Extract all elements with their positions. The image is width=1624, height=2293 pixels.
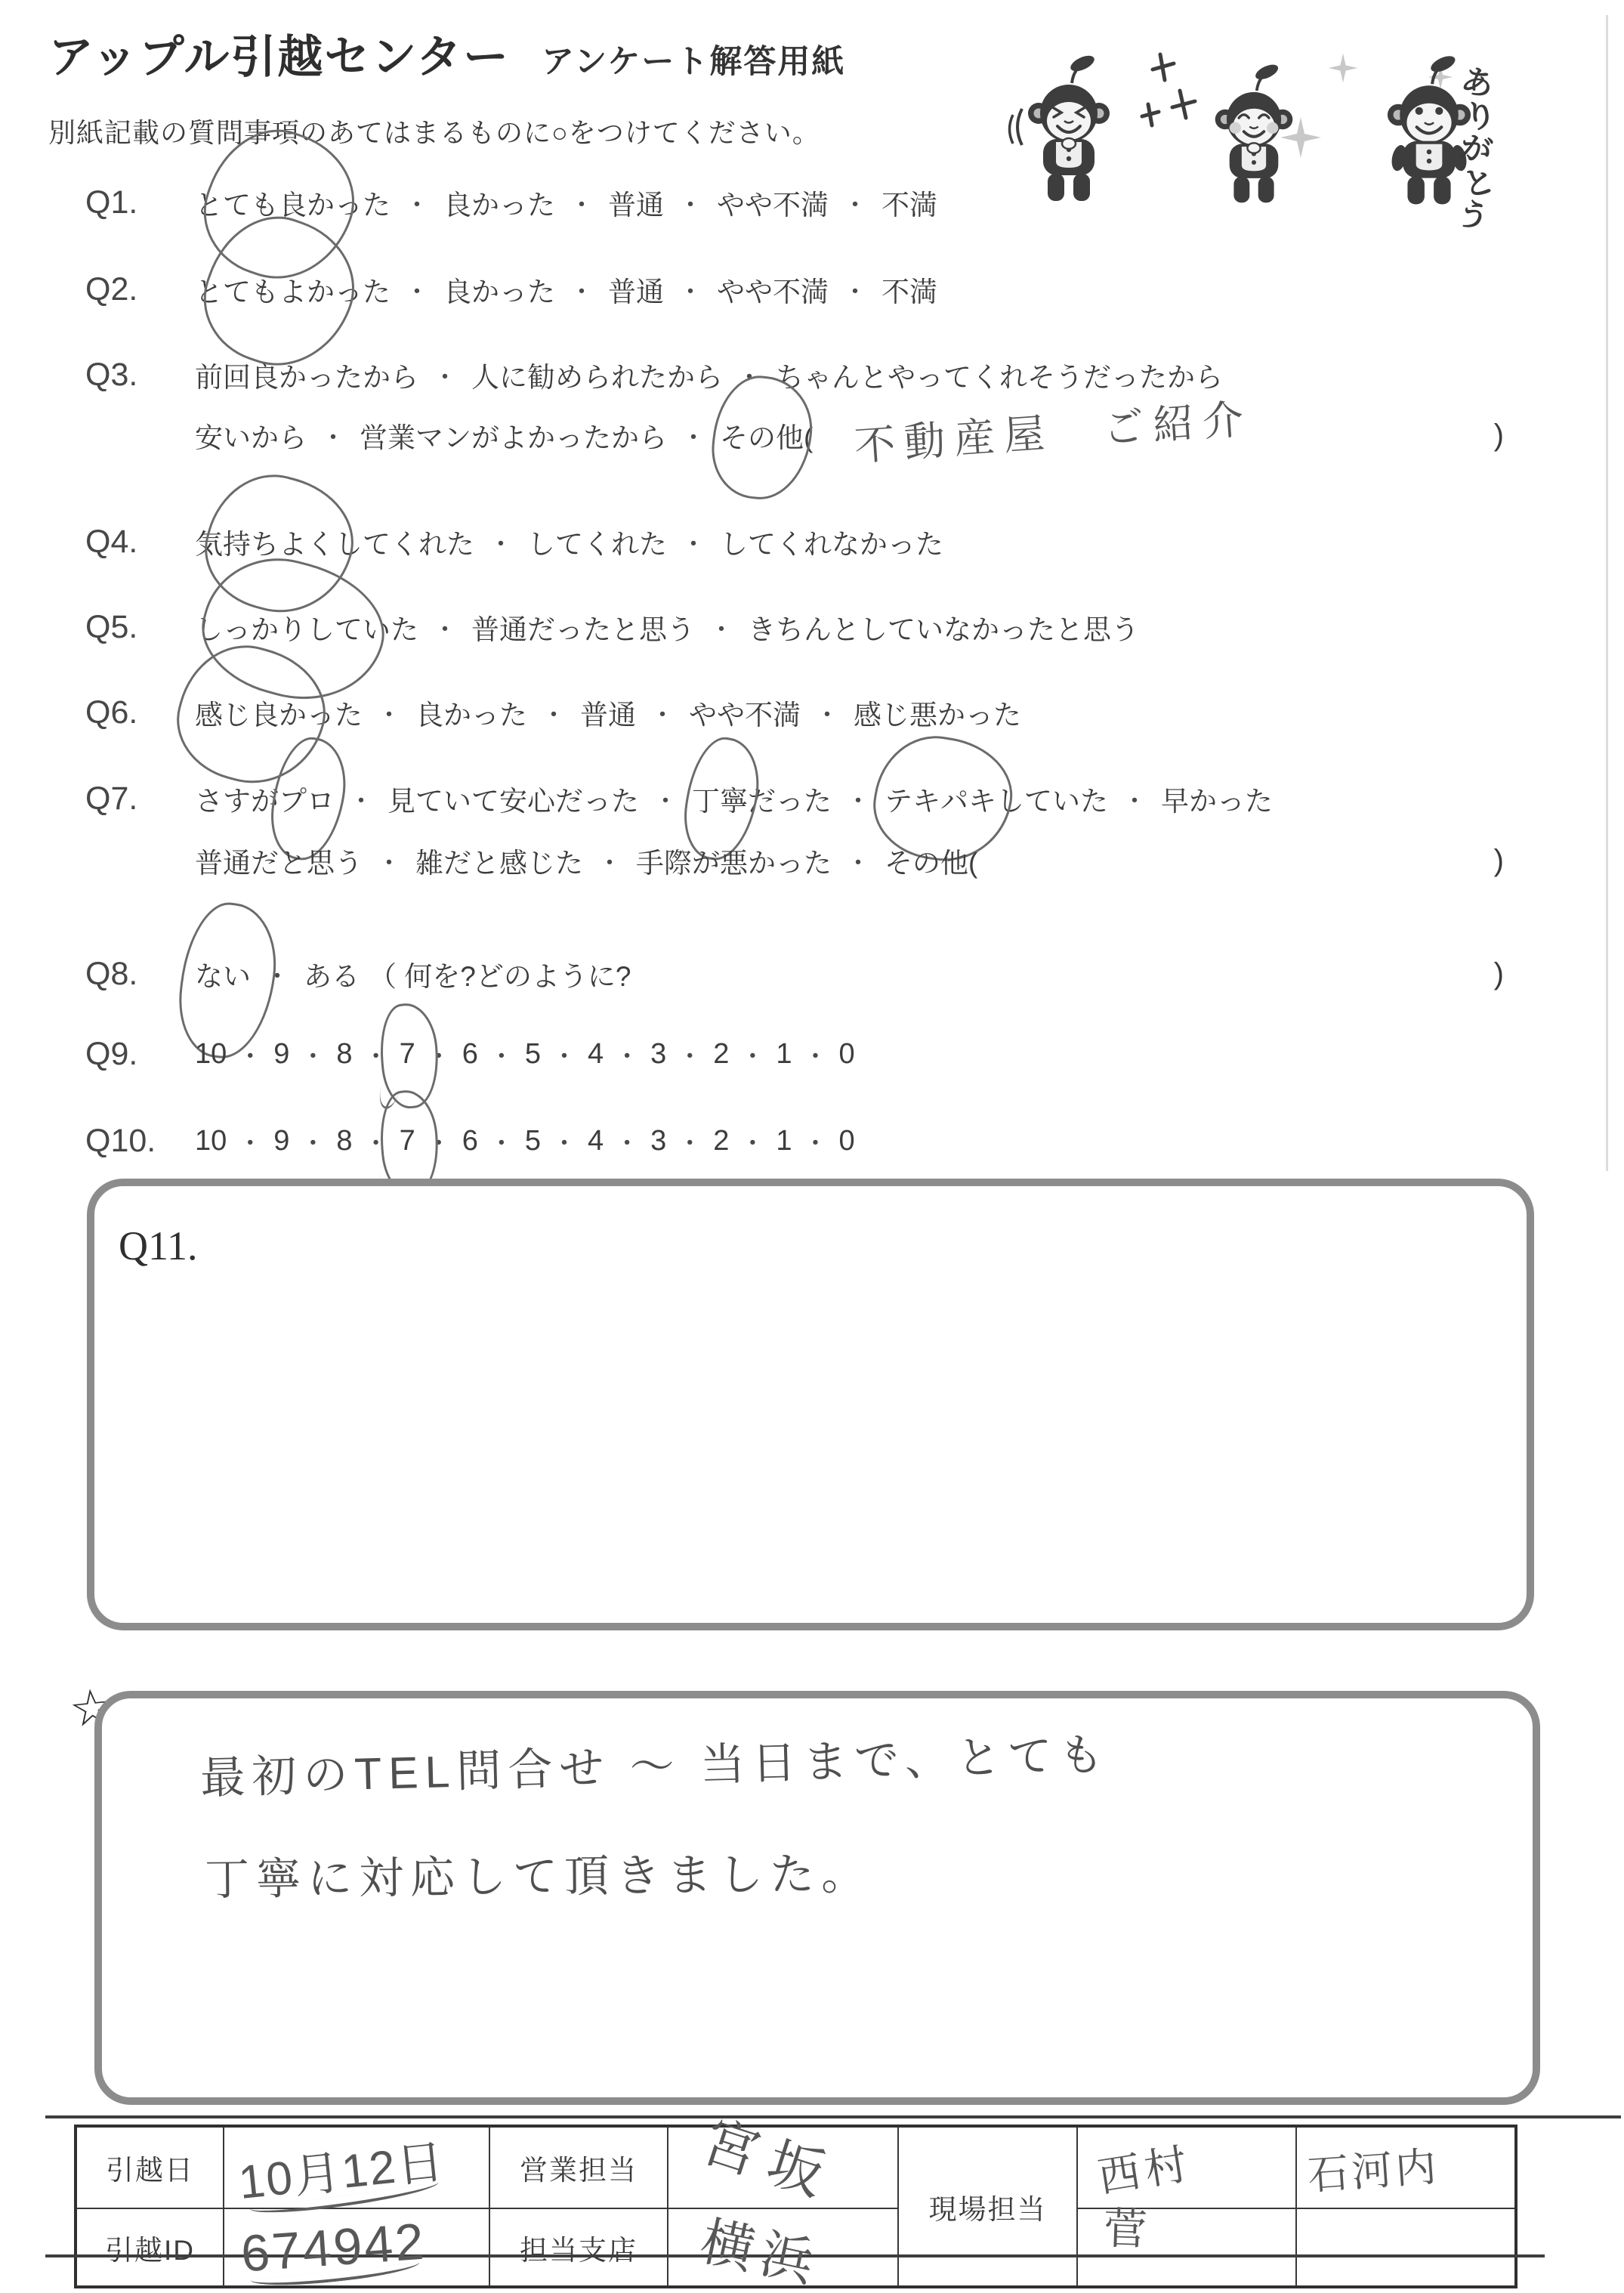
sales-rep-label: 営業担当 [489, 2126, 668, 2208]
question-label: Q4. [85, 524, 195, 561]
handwritten-circle-mark: 感じ良か [195, 692, 307, 733]
answer-option: テキパキしていた [885, 778, 1108, 819]
handwritten-circle-mark: テキパキ [885, 778, 996, 819]
option-separator: ・ [426, 1123, 452, 1160]
answer-option: 0 [839, 1125, 855, 1157]
handwritten-circle-mark: 持ちよく [223, 521, 335, 562]
answer-option: 3 [650, 1125, 666, 1157]
close-paren: ) [1494, 957, 1504, 991]
question-row-q8: Q8.ない・ある（ 何を?どのように?) [85, 951, 1521, 997]
answer-option: やや不満 [717, 269, 829, 310]
option-separator: ・ [237, 1036, 263, 1073]
answer-option: 5 [525, 1038, 541, 1071]
question-label: Q10. [85, 1123, 195, 1160]
question-row-q3-line2: 安いから・営業マンがよかったから・その他(不動産屋 ご紹介) [85, 413, 1521, 458]
handwritten-comment-line-1: 最初のTEL問合せ ～ 当日まで、とても [199, 1718, 1111, 1806]
answer-option: 2 [713, 1038, 729, 1071]
answer-option: 普通 [608, 269, 664, 310]
option-separator: ・ [614, 1123, 640, 1160]
question-row-q5: Q5.しっかりしていた・普通だったと思う・きちんとしていなかったと思う [85, 604, 1521, 650]
question-label: Q7. [85, 780, 195, 817]
option-separator: ・ [709, 609, 734, 646]
answer-option: 普通 [580, 692, 636, 733]
option-separator: ・ [432, 609, 458, 646]
answer-option: しっかりしていた [195, 607, 418, 647]
site-crew-label: 現場担当 [898, 2126, 1077, 2287]
answer-option: 感じ良かった [195, 692, 363, 733]
option-separator: ・ [614, 1036, 640, 1073]
option-separator: ・ [363, 1123, 389, 1160]
handwritten-other-answer: 不動産屋 ご紹介 [853, 386, 1255, 472]
option-separator: ・ [739, 1036, 765, 1073]
option-separator: ・ [426, 1036, 452, 1073]
answer-option: 不満 [881, 182, 937, 223]
answer-option: 9 [273, 1125, 289, 1157]
answer-option: 3 [650, 1038, 666, 1071]
option-separator: ・ [300, 1123, 326, 1160]
answer-option: 普通 [608, 182, 664, 223]
option-separator: ・ [404, 184, 430, 221]
option-separator: ・ [363, 1036, 389, 1073]
answer-option: 6 [462, 1125, 478, 1157]
question-row-q4: Q4.気持ちよくしてくれた・してくれた・してくれなかった [85, 519, 1521, 564]
question-row-q7: Q7.さすがプロ・見ていて安心だった・丁寧だった・テキパキしていた・早かった [85, 776, 1521, 821]
header: アップル引越センター アンケート解答用紙 [48, 21, 845, 86]
option-separator: ・ [597, 842, 622, 879]
question-row-q2: Q2.とてもよかった・良かった・普通・やや不満・不満 [85, 267, 1521, 312]
option-separator: ・ [681, 417, 706, 454]
option-separator: ・ [489, 1036, 514, 1073]
answer-option: してくれた [527, 521, 667, 562]
question-label: Q2. [85, 271, 195, 308]
option-separator: ・ [678, 271, 703, 308]
handwritten-circle-mark: てもよか [223, 269, 335, 310]
answer-option: やや不満 [689, 692, 801, 733]
answer-option: 7 [400, 1038, 415, 1071]
answer-option: 普通だと思う [195, 840, 363, 881]
answer-option: してくれなかった [720, 521, 943, 562]
option-separator: ・ [736, 357, 762, 394]
table-row: 引越日 10月12日 営業担当 宮坂 現場担当 西村 石河内 [76, 2126, 1516, 2208]
close-paren: ) [1494, 844, 1504, 878]
question-row-q7-line2: 普通だと思う・雑だと感じた・手際が悪かった・その他() [85, 838, 1521, 883]
option-separator: ・ [569, 184, 594, 221]
answer-option: 良かった [443, 182, 555, 223]
question-label: Q3. [85, 357, 195, 394]
option-separator: ・ [264, 956, 290, 993]
answer-option: その他( [720, 415, 813, 456]
option-separator: ・ [803, 1123, 829, 1160]
answer-option: とても良かった [195, 182, 391, 223]
handwritten-circle-mark: 丁寧 [692, 778, 748, 819]
answer-option: 普通だったと思う [471, 607, 695, 647]
survey-sheet-page: アップル引越センター アンケート解答用紙 別紙記載の質問事項のあてはまるものに○… [0, 0, 1624, 2293]
table-row: 引越ID 674942 担当支店 横浜 菅 [76, 2208, 1516, 2287]
answer-option: とてもよかった [195, 269, 391, 310]
q11-label: Q11. [119, 1222, 198, 1269]
answer-option: 1 [776, 1038, 792, 1071]
option-separator: ・ [678, 184, 703, 221]
moving-id-value: 674942 [239, 2211, 428, 2283]
option-separator: ・ [237, 1123, 263, 1160]
answer-option: 手際が悪かった [636, 840, 832, 881]
option-separator: ・ [432, 357, 458, 394]
answer-option: 丁寧だった [692, 778, 832, 819]
question-label: Q1. [85, 184, 195, 221]
question-row-q10: Q10.10・9・8・7・6・5・4・3・2・1・0 [85, 1118, 1521, 1163]
question-label: Q8. [85, 956, 195, 993]
answer-option: 良かった [443, 269, 555, 310]
option-separator: ・ [348, 780, 374, 817]
answer-option: 0 [839, 1038, 855, 1071]
site-crew-value-3: 菅 [1103, 2193, 1149, 2257]
answer-option: 10 [195, 1125, 227, 1157]
handwritten-circle-mark: ない [195, 953, 251, 994]
question-label: Q9. [85, 1036, 195, 1073]
footer-table: 引越日 10月12日 営業担当 宮坂 現場担当 西村 石河内 引越ID 6749… [74, 2125, 1517, 2288]
open-paren-prompt: （ 何を?どのように? [369, 953, 631, 994]
option-separator: ・ [376, 694, 402, 731]
option-separator: ・ [569, 271, 594, 308]
option-separator: ・ [1122, 780, 1147, 817]
handwritten-circle-mark: っかりして [223, 607, 363, 647]
answer-option: 5 [525, 1125, 541, 1157]
answer-option: 気持ちよくしてくれた [195, 521, 474, 562]
option-separator: ・ [845, 780, 871, 817]
answer-option: 7 [400, 1125, 415, 1157]
option-separator: ・ [677, 1036, 702, 1073]
option-separator: ・ [803, 1036, 829, 1073]
handwritten-circle-mark: プロ [279, 778, 335, 819]
answer-option: 1 [776, 1125, 792, 1157]
option-separator: ・ [320, 417, 346, 454]
handwritten-circle-mark: 7 [400, 1125, 415, 1157]
option-separator: ・ [541, 694, 567, 731]
moving-id-label: 引越ID [76, 2208, 224, 2287]
handwritten-circle-mark: ても良か [223, 182, 335, 223]
option-separator: ・ [677, 1123, 702, 1160]
close-paren: ) [1494, 419, 1504, 453]
site-crew-value-2: 石河内 [1306, 2134, 1441, 2202]
answer-option: 早かった [1161, 778, 1273, 819]
question-row-q6: Q6.感じ良かった・良かった・普通・やや不満・感じ悪かった [85, 690, 1521, 735]
answer-option: 4 [588, 1125, 604, 1157]
q11-answer-box: Q11. [87, 1179, 1534, 1630]
handwritten-comment-line-2: 丁寧に対応して頂きました。 [205, 1837, 873, 1908]
mascot-monkey-1 [1010, 53, 1110, 201]
option-separator: ・ [739, 1123, 765, 1160]
answer-option: 10 [195, 1038, 227, 1071]
option-separator: ・ [814, 694, 840, 731]
branch-value: 横浜 [695, 2199, 829, 2293]
answer-option: 不満 [881, 269, 937, 310]
option-separator: ・ [653, 780, 678, 817]
scan-edge-line [1606, 15, 1608, 1171]
answer-option: 2 [713, 1125, 729, 1157]
answer-option: 見ていて安心だった [387, 778, 639, 819]
sheet-title: アンケート解答用紙 [542, 36, 845, 82]
brand-title: アップル引越センター [48, 21, 510, 86]
handwritten-circle-mark: 7 [400, 1038, 415, 1071]
answer-option: 良かった [415, 692, 527, 733]
answer-option: 6 [462, 1038, 478, 1071]
option-separator: ・ [650, 694, 675, 731]
moving-date-label: 引越日 [76, 2126, 224, 2208]
answer-option: 雑だと感じた [415, 840, 583, 881]
answer-option: 9 [273, 1038, 289, 1071]
comment-box: 最初のTEL問合せ ～ 当日まで、とても 丁寧に対応して頂きました。 [94, 1691, 1540, 2105]
sparkle-plus-marks [1142, 54, 1195, 125]
option-separator: ・ [681, 524, 706, 561]
answer-option: 前回良かったから [195, 354, 418, 395]
answer-option: 人に勧められたから [471, 354, 723, 395]
answer-option: 安いから [195, 415, 307, 456]
option-separator: ・ [551, 1123, 577, 1160]
answer-option: やや不満 [717, 182, 829, 223]
answer-option: 8 [336, 1038, 352, 1071]
option-separator: ・ [845, 842, 871, 879]
option-separator: ・ [842, 184, 868, 221]
option-separator: ・ [551, 1036, 577, 1073]
instruction-text: 別紙記載の質問事項のあてはまるものに○をつけてください。 [48, 112, 820, 150]
question-row-q9: Q9.10・9・8・7・6・5・4・3・2・1・0 [85, 1031, 1521, 1077]
answer-option: ちゃんとやってくれそうだったから [776, 354, 1223, 395]
answer-option: 営業マンがよかったから [360, 415, 667, 456]
option-separator: ・ [376, 842, 402, 879]
option-separator: ・ [489, 1123, 514, 1160]
branch-label: 担当支店 [489, 2208, 668, 2287]
answer-option: その他( [885, 840, 977, 881]
answer-option: ある [304, 953, 360, 994]
answer-option: さすがプロ [195, 778, 335, 819]
question-row-q3: Q3.前回良かったから・人に勧められたから・ちゃんとやってくれそうだったから [85, 352, 1521, 397]
question-row-q1: Q1.とても良かった・良かった・普通・やや不満・不満 [85, 180, 1521, 225]
question-label: Q5. [85, 609, 195, 646]
answer-option: ない [195, 953, 251, 994]
option-separator: ・ [404, 271, 430, 308]
answer-option: 8 [336, 1125, 352, 1157]
option-separator: ・ [488, 524, 514, 561]
answer-option: 4 [588, 1038, 604, 1071]
moving-date-value: 10月12日 [235, 2123, 448, 2211]
answer-option: 感じ悪かった [854, 692, 1021, 733]
handwritten-circle-mark: その他 [720, 415, 804, 456]
question-label: Q6. [85, 694, 195, 731]
option-separator: ・ [300, 1036, 326, 1073]
option-separator: ・ [842, 271, 868, 308]
table-top-rule [45, 2115, 1621, 2118]
answer-option: きちんとしていなかったと思う [748, 607, 1139, 647]
